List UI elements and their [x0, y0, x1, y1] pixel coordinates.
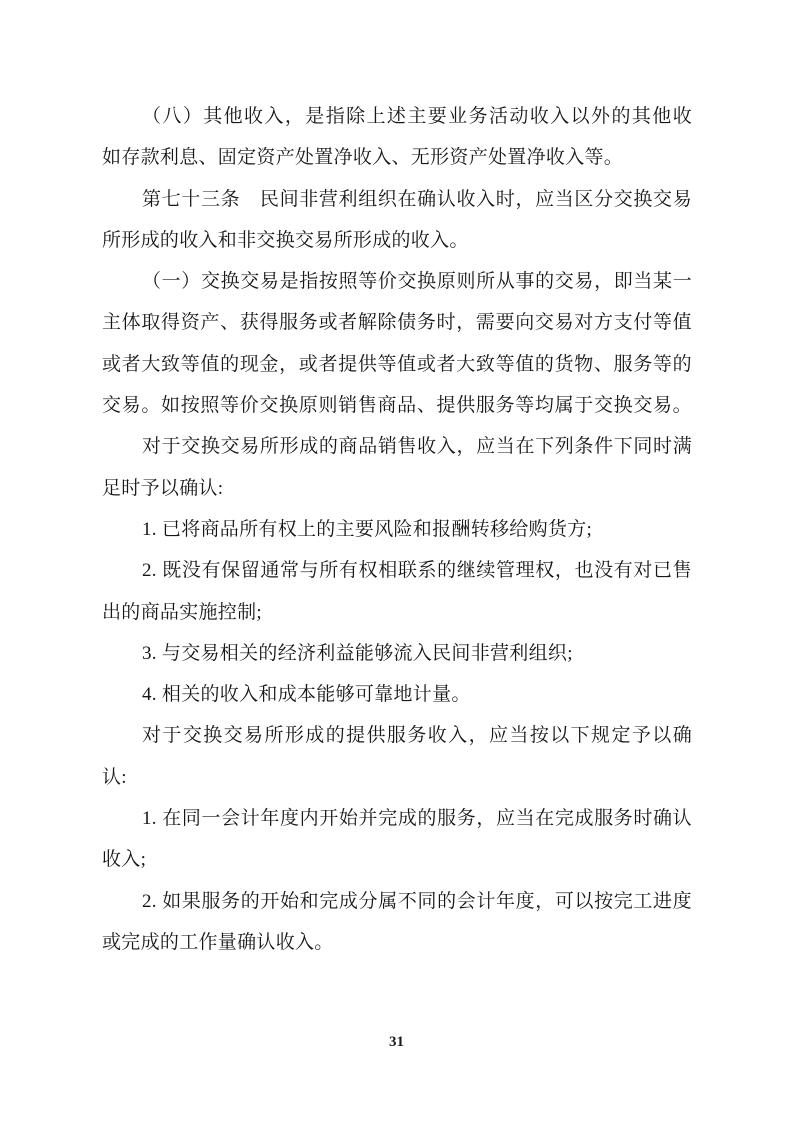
page-number: 31 — [0, 1034, 793, 1051]
text-line: 或者大致等值的现金，或者提供等值或者大致等值的货物、服务等的 — [102, 344, 692, 385]
text-line: 所形成的收入和非交换交易所形成的收入。 — [102, 220, 692, 261]
text-line: （一）交换交易是指按照等价交换原则所从事的交易，即当某一 — [102, 261, 692, 302]
text-line: 如存款利息、固定资产处置净收入、无形资产处置净收入等。 — [102, 137, 692, 178]
text-line: 2. 既没有保留通常与所有权相联系的继续管理权，也没有对已售 — [102, 550, 692, 591]
text-line: 出的商品实施控制; — [102, 592, 692, 633]
document-page: （八）其他收入，是指除上述主要业务活动收入以外的其他收入，如存款利息、固定资产处… — [0, 0, 793, 1122]
text-line: 主体取得资产、获得服务或者解除债务时，需要向交易对方支付等值 — [102, 302, 692, 343]
text-line: 1. 已将商品所有权上的主要风险和报酬转移给购货方; — [102, 509, 692, 550]
text-line: 足时予以确认: — [102, 468, 692, 509]
text-line: 收入; — [102, 839, 692, 880]
text-line: 认: — [102, 757, 692, 798]
text-line: （八）其他收入，是指除上述主要业务活动收入以外的其他收入， — [102, 96, 692, 137]
text-line: 4. 相关的收入和成本能够可靠地计量。 — [102, 674, 692, 715]
text-line: 第七十三条 民间非营利组织在确认收入时，应当区分交换交易 — [102, 179, 692, 220]
text-line: 1. 在同一会计年度内开始并完成的服务，应当在完成服务时确认 — [102, 798, 692, 839]
document-body: （八）其他收入，是指除上述主要业务活动收入以外的其他收入，如存款利息、固定资产处… — [102, 96, 692, 963]
text-line: 3. 与交易相关的经济利益能够流入民间非营利组织; — [102, 633, 692, 674]
text-line: 2. 如果服务的开始和完成分属不同的会计年度，可以按完工进度 — [102, 881, 692, 922]
text-line: 对于交换交易所形成的提供服务收入，应当按以下规定予以确 — [102, 715, 692, 756]
text-line: 或完成的工作量确认收入。 — [102, 922, 692, 963]
text-line: 交易。如按照等价交换原则销售商品、提供服务等均属于交换交易。 — [102, 385, 692, 426]
text-line: 对于交换交易所形成的商品销售收入，应当在下列条件下同时满 — [102, 426, 692, 467]
